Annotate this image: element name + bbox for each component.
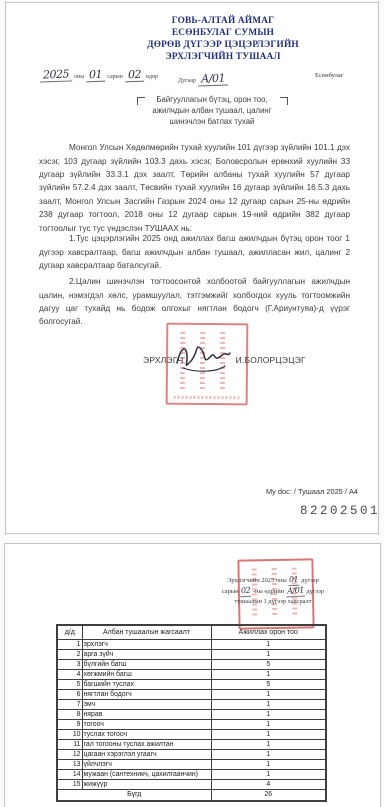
table-row: 10туслах тогооч1 [57, 730, 326, 740]
table-cell: 1 [211, 700, 326, 710]
table-cell: жижүүр [82, 780, 211, 790]
table-cell: 1 [211, 640, 326, 650]
letterhead-line: ЕСӨНБУЛАГ СУМЫН [110, 27, 336, 39]
total-value-cell: 26 [211, 790, 326, 802]
handwritten-day: 02 [240, 586, 252, 597]
header-position: Албан тушаалын жагсаалт [82, 625, 211, 640]
table-cell: эрхлэгч [82, 640, 211, 650]
annex-text: дүгээр [306, 588, 324, 595]
table-cell: 1 [211, 670, 326, 680]
header-dd: д/д [57, 625, 82, 640]
table-cell: 1 [211, 750, 326, 760]
total-label-cell: Бүгд [57, 790, 211, 802]
body-paragraph-clause-2: 2.Цалин шинэчлэн тогтоосонтой холбоотой … [39, 275, 350, 329]
table-cell: 15 [57, 780, 82, 790]
letterhead-line: ДӨРӨВ ДҮГЭЭР ЦЭЦЭРЛЭГИЙН [110, 39, 336, 51]
table-cell: 9 [57, 720, 82, 730]
table-row: 6нягтлан бодогч1 [57, 690, 326, 700]
table-total-row: Бүгд 26 [57, 790, 326, 802]
annex-text: Эрхлэгчийн 2025 оны [227, 577, 287, 584]
subject-line: Байгууллагын бүтэц, орон тоо, [148, 95, 276, 106]
corner-bracket-right [280, 97, 288, 105]
table-cell: цагаан хэрэглэл угаагч [82, 750, 211, 760]
table-cell: хөгжмийн багш [82, 670, 211, 680]
body-paragraph-clause-1: 1.Тус цэцэрлэгийн 2025 онд ажиллах багш … [39, 232, 350, 272]
table-cell: 8 [57, 710, 82, 720]
annex-header: Эрхлэгчийн 2025 оны 01 дүгээр сарын 02 -… [203, 575, 343, 606]
table-cell: 6 [57, 690, 82, 700]
corner-bracket-left [137, 97, 145, 105]
table-row: 3бүлгийн багш5 [57, 660, 326, 670]
scanned-document-view: ГОВЬ-АЛТАЙ АЙМАГ ЕСӨНБУЛАГ СУМЫН ДӨРӨВ Д… [0, 0, 384, 807]
date-group: 2025оны01сарын02өдөр [40, 65, 160, 83]
signature-block: ЭРХЛЭГЧИ.БОЛОРЦЭЦЭГ [143, 355, 306, 365]
table-row: 7эмч1 [57, 700, 326, 710]
table-row: 15жижүүр4 [57, 780, 326, 790]
table-row: 1эрхлэгч1 [57, 640, 326, 650]
table-cell: нярав [82, 710, 211, 720]
subject-line: шинэчлэн батлах тухай [148, 117, 276, 128]
annex-line: тушаалын 1 дүгээр хавсралт [203, 597, 343, 607]
table-cell: 4 [211, 780, 326, 790]
body-paragraph-legal-basis: Монгол Улсын Хөдөлмөрийн тухай хуулийн 1… [39, 141, 350, 235]
table-cell: бүлгийн багш [82, 660, 211, 670]
signature-scribble [173, 339, 233, 375]
table-cell: 4 [57, 670, 82, 680]
table-cell: 1 [211, 710, 326, 720]
handwritten-day: 02 [125, 68, 144, 83]
document-page-1: ГОВЬ-АЛТАЙ АЙМАГ ЕСӨНБУЛАГ СУМЫН ДӨРӨВ Д… [5, 2, 379, 534]
doc-reference-footer: My doc: / Тушаал 2025 / А4 [266, 487, 358, 496]
order-number-label: Дугаар [178, 78, 196, 84]
signer-name: И.БОЛОРЦЭЦЭГ [236, 355, 306, 365]
letterhead-line: ЭРХЛЭГЧИЙН ТУШААЛ [110, 51, 336, 63]
day-label: өдөр [146, 74, 158, 80]
table-cell: 1 [211, 730, 326, 740]
order-number-group: ДугаарА/01 [176, 69, 228, 87]
table-cell: багшийн туслах [82, 680, 211, 690]
table-cell: арга зүйч [82, 650, 211, 660]
annex-line: Эрхлэгчийн 2025 оны 01 дүгээр [203, 575, 343, 586]
annex-text: сарын [222, 588, 239, 595]
handwritten-order-number: А/01 [286, 585, 305, 597]
handwritten-order-number: А/01 [198, 71, 229, 86]
letterhead: ГОВЬ-АЛТАЙ АЙМАГ ЕСӨНБУЛАГ СУМЫН ДӨРӨВ Д… [110, 15, 336, 63]
year-label: оны [74, 74, 84, 80]
table-row: 12цагаан хэрэглэл угаагч1 [57, 750, 326, 760]
table-cell: 5 [57, 680, 82, 690]
table-cell: 2 [57, 650, 82, 660]
table-cell: 12 [57, 750, 82, 760]
table-cell: 14 [57, 770, 82, 780]
table-cell: 11 [57, 740, 82, 750]
table-cell: 7 [57, 700, 82, 710]
table-row: 14мужаан (сантехникч, цахилгаанчин)1 [57, 770, 326, 780]
month-label: сарын [107, 74, 123, 80]
annex-line: сарын 02 -ны өдрийн А/01 дүгээр [203, 586, 343, 597]
table-cell: 1 [57, 640, 82, 650]
order-subject: Байгууллагын бүтэц, орон тоо, ажилчдын а… [148, 95, 276, 127]
table-row: 13үйлчлэгч1 [57, 760, 326, 770]
table-cell: 1 [211, 740, 326, 750]
table-cell: үйлчлэгч [82, 760, 211, 770]
table-row: 8нярав1 [57, 710, 326, 720]
table-cell: 1 [211, 650, 326, 660]
table-row: 2арга зүйч1 [57, 650, 326, 660]
staffing-table: д/д Албан тушаалын жагсаалт Ажиллах орон… [56, 624, 327, 802]
table-cell: тогооч [82, 720, 211, 730]
table-cell: 5 [211, 660, 326, 670]
place-name: Есөнбулаг [315, 72, 343, 79]
table-row: 9тогооч1 [57, 720, 326, 730]
table-cell: 13 [57, 760, 82, 770]
table-row: 11гал тогооны туслах ажилтан1 [57, 740, 326, 750]
table-cell: 1 [211, 720, 326, 730]
annex-text: -ны өдрийн [253, 588, 284, 595]
subject-line: ажилчдын албан тушаал, цалинг [148, 106, 276, 117]
table-cell: мужаан (сантехникч, цахилгаанчин) [82, 770, 211, 780]
stamp-bottom-text [174, 396, 240, 400]
header-count: Ажиллах орон тоо [211, 625, 326, 640]
registry-number-stamp: 82202501 [300, 504, 380, 518]
table-row: 4хөгжмийн багш1 [57, 670, 326, 680]
table-cell: 3 [57, 660, 82, 670]
annex-text: дүгээр [301, 577, 319, 584]
table-header-row: д/д Албан тушаалын жагсаалт Ажиллах орон… [57, 625, 326, 640]
document-page-2: Эрхлэгчийн 2025 оны 01 дүгээр сарын 02 -… [4, 543, 381, 807]
handwritten-year: 2025 [40, 67, 72, 82]
table-cell: 1 [211, 760, 326, 770]
letterhead-line: ГОВЬ-АЛТАЙ АЙМАГ [110, 15, 336, 27]
table-cell: нягтлан бодогч [82, 690, 211, 700]
handwritten-month: 01 [288, 575, 300, 586]
date-line: 2025оны01сарын02өдөр ДугаарА/01 Есөнбула… [6, 65, 378, 87]
table-cell: 1 [211, 690, 326, 700]
table-cell: 5 [211, 680, 326, 690]
table-cell: 10 [57, 730, 82, 740]
table-cell: туслах тогооч [82, 730, 211, 740]
table-row: 5багшийн туслах5 [57, 680, 326, 690]
table-cell: эмч [82, 700, 211, 710]
handwritten-month: 01 [86, 68, 105, 83]
table-cell: 1 [211, 770, 326, 780]
table-cell: гал тогооны туслах ажилтан [82, 740, 211, 750]
